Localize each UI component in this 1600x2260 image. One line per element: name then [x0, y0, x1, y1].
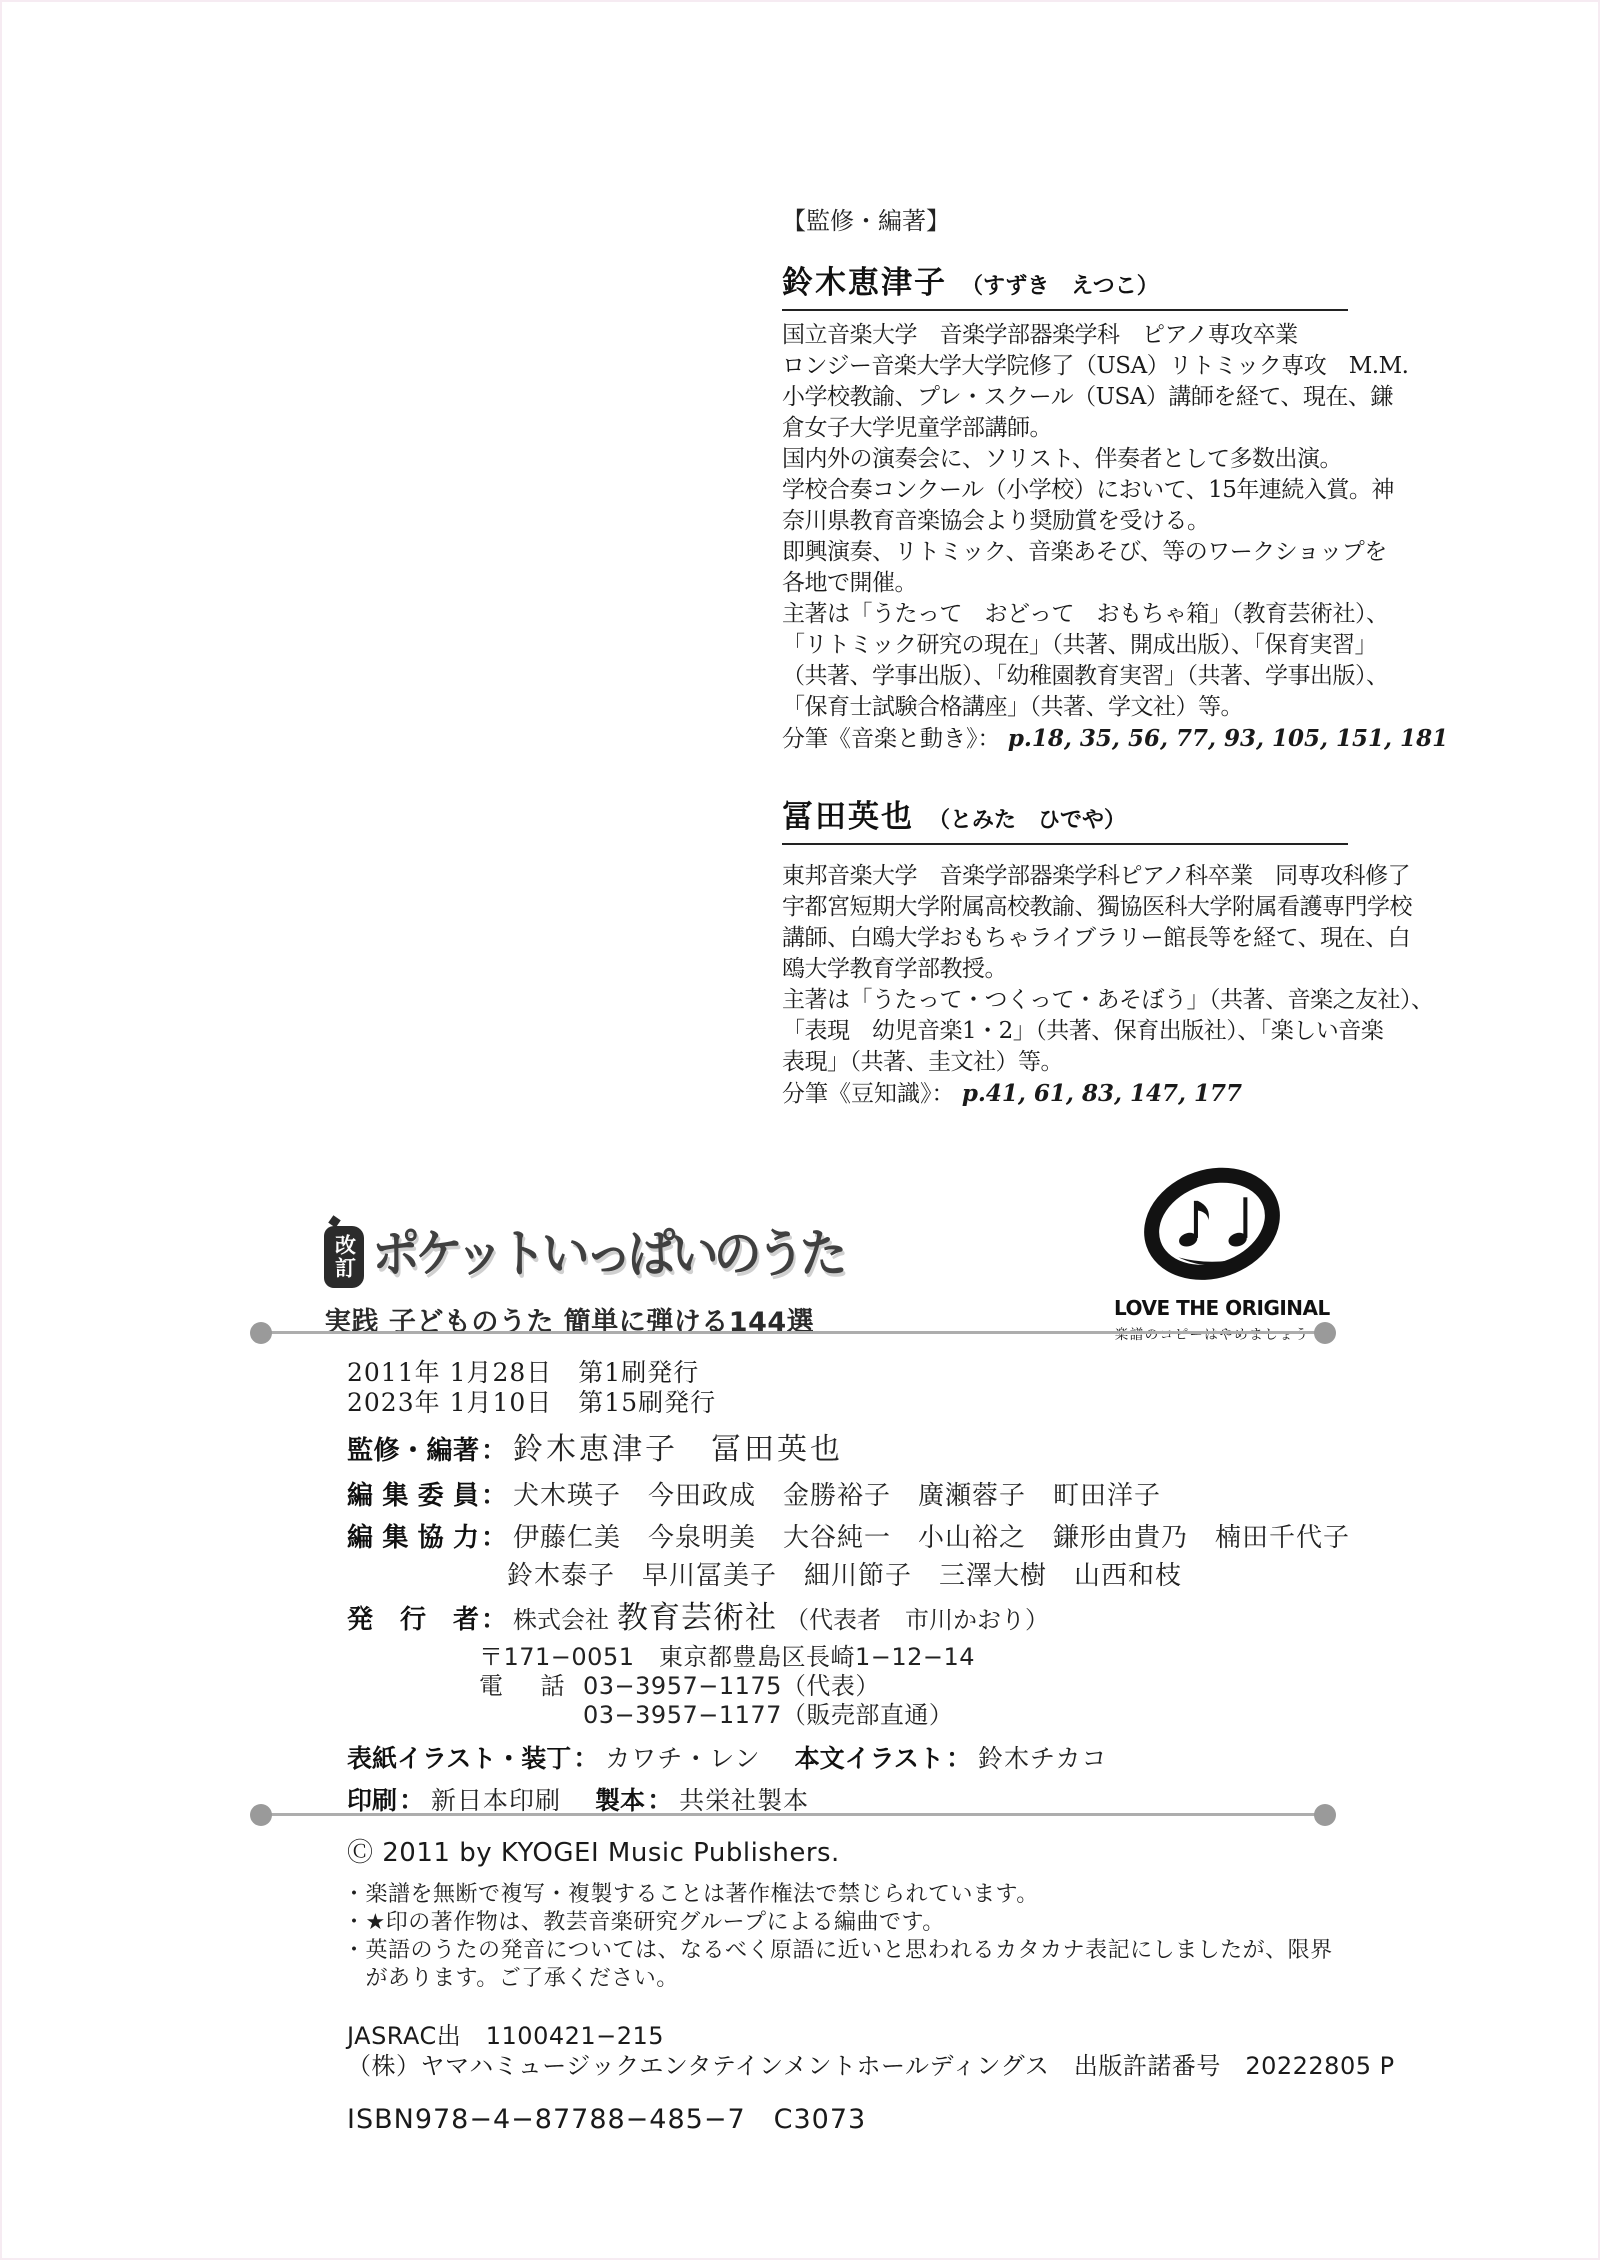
- license-codes: JASRAC出 1100421−215 （株）ヤマハミュージックエンタテインメン…: [347, 2021, 1447, 2081]
- phone-label: 電 話: [479, 1672, 565, 1701]
- phone-line-2: 03−3957−1177（販売部直通）: [479, 1701, 1367, 1730]
- note-line: ・楽譜を無断で複写・複製することは著作権法で禁じられています。: [343, 1881, 1447, 1909]
- bio-line: ロンジー音楽大学大学院修了（USA）リトミック専攻 M.M.: [782, 351, 1348, 382]
- text-illustration-value: 鈴木チカコ: [978, 1744, 1108, 1774]
- bio-line: 学校合奏コンクール（小学校）において、15年連続入賞。神: [782, 475, 1348, 506]
- revision-badge: 改訂: [324, 1226, 364, 1288]
- cooperation-label: 編集協力: [347, 1523, 479, 1553]
- love-the-original-logo: LOVE THE ORIGINAL 楽譜のコピーはやめましょう: [1114, 1162, 1310, 1343]
- committee-row: 編集委員： 犬木瑛子 今田政成 金勝裕子 廣瀬蓉子 町田洋子: [347, 1481, 1367, 1511]
- book-title: ポケットいっぱいのうた: [372, 1222, 843, 1287]
- publisher-label: 発行者: [347, 1603, 479, 1637]
- bio-line: 即興演奏、リトミック、音楽あそび、等のワークショップを: [782, 537, 1348, 568]
- book-title-block: 改訂 ポケットいっぱいのうた 実践 子どものうた 簡単に弾ける144選: [324, 1222, 843, 1339]
- bio-line: 小学校教諭、プレ・スクール（USA）講師を経て、現在、鎌: [782, 382, 1348, 413]
- supervision-value: 鈴木恵津子 冨田英也: [513, 1432, 843, 1468]
- bio-line: 奈川県教育音楽協会より奨励賞を受ける。: [782, 506, 1348, 537]
- phone-number-1: 03−3957−1175（代表）: [583, 1672, 880, 1700]
- text-illustration-label: 本文イラスト: [795, 1744, 944, 1774]
- revision-badge-text: 改訂: [334, 1234, 355, 1280]
- cooperation-row: 編集協力： 伊藤仁美 今泉明美 大谷純一 小山裕之 鎌形由貴乃 楠田千代子: [347, 1523, 1367, 1553]
- committee-value: 犬木瑛子 今田政成 金勝裕子 廣瀬蓉子 町田洋子: [513, 1481, 1161, 1511]
- author-bios-section: 【監修・編著】 鈴木恵津子 （すずき えつこ） 国立音楽大学 音楽学部器楽学科 …: [782, 207, 1348, 1110]
- author2-heading: 冨田英也 （とみた ひでや）: [782, 791, 1348, 845]
- author1-heading: 鈴木恵津子 （すずき えつこ）: [782, 257, 1348, 311]
- print-dates: 2011年 1月28日 第1刷発行 2023年 1月10日 第15刷発行: [347, 1352, 1367, 1418]
- credit-pages: p.41, 61, 83, 147, 177: [962, 1080, 1242, 1107]
- printing-row: 印刷： 新日本印刷 製本： 共栄社製本: [347, 1786, 1367, 1816]
- binding-label: 製本: [595, 1786, 645, 1816]
- author2-bio: 東邦音楽大学 音楽学部器楽学科ピアノ科卒業 同専攻科修了 宇都宮短期大学附属高校…: [782, 861, 1348, 1110]
- cover-illustration-value: カワチ・レン: [605, 1744, 760, 1774]
- printing-label: 印刷: [347, 1786, 397, 1816]
- book-title-row: 改訂 ポケットいっぱいのうた: [324, 1222, 843, 1288]
- yamaha-license: （株）ヤマハミュージックエンタテインメントホールディングス 出版許諾番号 202…: [347, 2051, 1447, 2081]
- bio-line: 国内外の演奏会に、ソリスト、伴奏者として多数出演。: [782, 444, 1348, 475]
- print-date: 2023年 1月10日 第15刷発行: [347, 1388, 1367, 1418]
- bio-line: 「リトミック研究の現在」（共著、開成出版）、「保育実習」: [782, 630, 1348, 661]
- label-colon: ：: [481, 1603, 507, 1637]
- legal-notes: ・楽譜を無断で複写・複製することは著作権法で禁じられています。 ・★印の著作物は…: [343, 1881, 1447, 1993]
- label-colon: ：: [647, 1786, 673, 1816]
- supervision-label: 監修・編著: [347, 1433, 479, 1469]
- bio-line: 「表現 幼児音楽1・2」（共著、保育出版社）、「楽しい音楽: [782, 1016, 1348, 1047]
- credit-pages: p.18, 35, 56, 77, 93, 105, 151, 181: [1008, 725, 1448, 752]
- cooperation-value-2: 鈴木泰子 早川冨美子 細川節子 三澤大樹 山西和枝: [347, 1561, 1367, 1591]
- label-colon: ：: [946, 1744, 972, 1774]
- binding-value: 共栄社製本: [679, 1786, 809, 1816]
- label-colon: ：: [573, 1744, 599, 1774]
- bio-line: 各地で開催。: [782, 568, 1348, 599]
- divider-top: [252, 1331, 1334, 1334]
- cooperation-value-1: 伊藤仁美 今泉明美 大谷純一 小山裕之 鎌形由貴乃 楠田千代子: [513, 1523, 1350, 1553]
- bio-line: 東邦音楽大学 音楽学部器楽学科ピアノ科卒業 同専攻科修了: [782, 861, 1348, 892]
- postal-address: 〒171−0051 東京都豊島区長崎1−12−14: [479, 1643, 1367, 1672]
- label-colon: ：: [481, 1523, 507, 1553]
- bio-line: （共著、学事出版）、「幼稚園教育実習」（共著、学事出版）、: [782, 661, 1348, 692]
- author1-credit: 分筆《音楽と動き》： p.18, 35, 56, 77, 93, 105, 15…: [782, 723, 1348, 755]
- label-colon: ：: [481, 1481, 507, 1511]
- logo-caption-en: LOVE THE ORIGINAL: [1114, 1296, 1310, 1320]
- jasrac-code: JASRAC出 1100421−215: [347, 2021, 1447, 2051]
- author1-name: 鈴木恵津子: [782, 257, 947, 302]
- credit-label: 分筆《豆知識》：: [782, 1081, 955, 1107]
- publisher-representative: （代表者 市川かおり）: [785, 1603, 1049, 1637]
- author2-credit: 分筆《豆知識》： p.41, 61, 83, 147, 177: [782, 1078, 1348, 1110]
- copyright-line: Ⓒ 2011 by KYOGEI Music Publishers.: [347, 1832, 1447, 1869]
- bio-line: 「保育士試験合格講座」（共著、学文社）等。: [782, 692, 1348, 723]
- author1-bio: 国立音楽大学 音楽学部器楽学科 ピアノ専攻卒業 ロンジー音楽大学大学院修了（US…: [782, 320, 1348, 755]
- bio-line: 国立音楽大学 音楽学部器楽学科 ピアノ専攻卒業: [782, 320, 1348, 351]
- bio-line: 宇都宮短期大学附属高校教諭、獨協医科大学附属看護専門学校: [782, 892, 1348, 923]
- colophon-page: 【監修・編著】 鈴木恵津子 （すずき えつこ） 国立音楽大学 音楽学部器楽学科 …: [0, 0, 1600, 2260]
- note-line: ・★印の著作物は、教芸音楽研究グループによる編曲です。: [343, 1909, 1447, 1937]
- bio-line: 講師、白鴎大学おもちゃライブラリー館長等を経て、現在、白: [782, 923, 1348, 954]
- label-colon: ：: [481, 1433, 507, 1469]
- committee-label: 編集委員: [347, 1481, 479, 1511]
- phone-line-1: 電 話03−3957−1175（代表）: [479, 1672, 1367, 1701]
- label-colon: ：: [399, 1786, 425, 1816]
- credit-label: 分筆《音楽と動き》：: [782, 726, 1001, 752]
- publisher-row: 発行者： 株式会社 教育芸術社 （代表者 市川かおり）: [347, 1601, 1367, 1637]
- publisher-prefix: 株式会社: [513, 1603, 609, 1637]
- bio-line: 主著は「うたって おどって おもちゃ箱」（教育芸術社）、: [782, 599, 1348, 630]
- author1-reading: （すずき えつこ）: [961, 269, 1159, 300]
- note-line: があります。ご了承ください。: [343, 1965, 1447, 1993]
- supervision-row: 監修・編著： 鈴木恵津子 冨田英也: [347, 1432, 1367, 1469]
- print-date: 2011年 1月28日 第1刷発行: [347, 1358, 1367, 1388]
- illustration-row: 表紙イラスト・装丁： カワチ・レン 本文イラスト： 鈴木チカコ: [347, 1744, 1367, 1774]
- bio-line: 主著は「うたって・つくって・あそぼう」（共著、音楽之友社）、: [782, 985, 1348, 1016]
- legal-section: Ⓒ 2011 by KYOGEI Music Publishers. ・楽譜を無…: [347, 1832, 1447, 2136]
- bio-line: 表現」（共著、圭文社）等。: [782, 1047, 1348, 1078]
- bio-line: 鴎大学教育学部教授。: [782, 954, 1348, 985]
- note-line: ・英語のうたの発音については、なるべく原語に近いと思われるカタカナ表記にしました…: [343, 1937, 1447, 1965]
- publisher-address-block: 〒171−0051 東京都豊島区長崎1−12−14 電 話03−3957−117…: [347, 1643, 1367, 1730]
- isbn-code: ISBN978−4−87788−485−7 C3073: [347, 2097, 1447, 2136]
- editors-tag: 【監修・編著】: [782, 207, 1348, 235]
- publisher-name: 教育芸術社: [617, 1601, 777, 1635]
- bio-line: 倉女子大学児童学部講師。: [782, 413, 1348, 444]
- music-smiley-icon: [1127, 1162, 1297, 1290]
- cover-illustration-label: 表紙イラスト・装丁: [347, 1744, 571, 1774]
- printing-value: 新日本印刷: [431, 1786, 561, 1816]
- colophon-section: 2011年 1月28日 第1刷発行 2023年 1月10日 第15刷発行 監修・…: [347, 1352, 1367, 1816]
- author2-name: 冨田英也: [782, 791, 914, 836]
- author2-reading: （とみた ひでや）: [928, 803, 1126, 834]
